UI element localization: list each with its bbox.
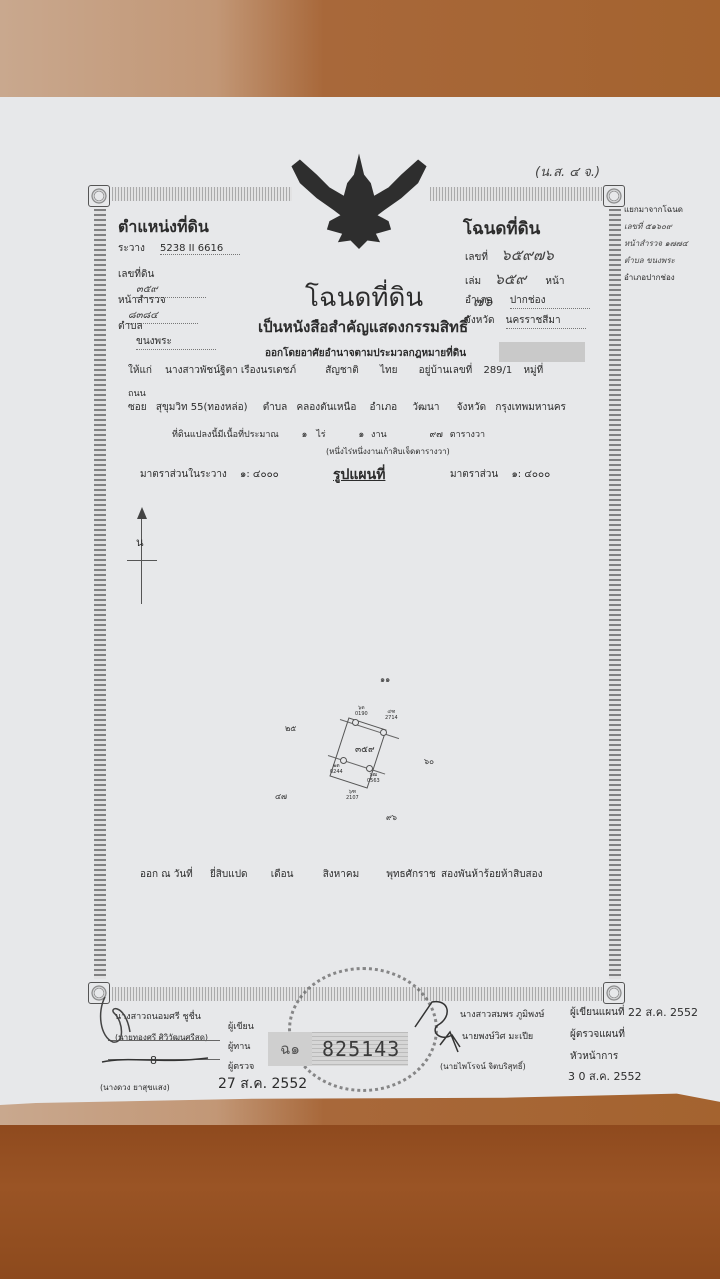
area-ngan: ๑ — [358, 430, 364, 440]
neighbor-parcel: ๒๕ — [285, 722, 296, 735]
field-value: 5238 II 6616 — [160, 243, 240, 255]
field-label: หน้า — [545, 276, 564, 287]
field-label: ระวาง — [118, 243, 145, 254]
head-name: (นายไพโรจน์ จิตบริสุทธิ์) — [440, 1060, 526, 1073]
owner-soi: สุขุมวิท 55(ทองหล่อ) — [156, 402, 248, 413]
marker-label: ๖ฒ 0563 — [367, 772, 380, 784]
field-label: อำเภอ — [465, 295, 493, 306]
owner-province: กรุงเทพมหานคร — [495, 402, 566, 413]
field-label: อำเภอ — [370, 402, 398, 413]
field-label: พุทธศักราช — [386, 869, 435, 880]
head-role: หัวหน้าการ — [570, 1049, 618, 1064]
marker-label: ๔ฑ 2714 — [385, 709, 398, 721]
side-note: แยกมาจากโฉนด เลขที่ ๕๑๖๐๙ หน้าสำรวจ ๑๗๗๔… — [624, 201, 688, 286]
field-label: หน้าสำรวจ — [118, 295, 166, 306]
checker-role: ผู้ตรวจ — [228, 1059, 254, 1073]
garuda-emblem-icon — [283, 145, 435, 255]
field-value: ๖๕๙ — [494, 270, 526, 288]
scale-between-value: ๑: ๔๐๐๐ — [240, 469, 279, 480]
document-subtitle: เป็นหนังสือสำคัญแสดงกรรมสิทธิ์ — [258, 315, 468, 339]
north-arrow-shaft — [141, 512, 142, 604]
form-code: (น.ส. ๔ จ.) — [535, 161, 600, 182]
issue-year: สองพันห้าร้อยห้าสิบสอง — [441, 869, 543, 880]
marker-label: ๖ฑ 2107 — [346, 789, 359, 801]
area-in-words: (หนึ่งไร่หนึ่งงานเก้าสิบเจ็ดตารางวา) — [326, 445, 450, 458]
signature-scribble-icon: 8 — [100, 1052, 210, 1067]
side-note-line: แยกมาจากโฉนด — [624, 201, 688, 218]
field-deed-no: เลขที่ ๖๕๙๗๖ — [465, 243, 554, 267]
field-label: สัญชาติ — [325, 365, 359, 376]
writer-role: ผู้เขียน — [228, 1019, 254, 1033]
field-label: เลขที่ดิน — [118, 269, 154, 280]
neighbor-parcel: ๔๗ — [275, 790, 287, 803]
field-value: นครราชสีมา — [506, 313, 586, 329]
wooden-table — [0, 1125, 720, 1279]
issue-day: ยี่สิบแปด — [210, 869, 248, 880]
serial-prefix: ฉ๑ — [268, 1032, 312, 1066]
land-area-row: ที่ดินแปลงนี้มีเนื้อที่ประมาณ ๑ ไร่ ๑ งา… — [172, 427, 485, 441]
owner-district: วัฒนา — [412, 402, 439, 413]
corner-ornament-icon — [603, 185, 625, 207]
map-heading: รูปแผนที่ — [333, 464, 385, 486]
north-label: น — [136, 533, 144, 551]
area-wa: ๙๗ — [430, 430, 443, 440]
field-label: ที่ดินแปลงนี้มีเนื้อที่ประมาณ — [172, 430, 279, 440]
field-label: งาน — [371, 430, 387, 440]
neighbor-parcel: ๑๑ — [380, 673, 390, 686]
head-date: 3 0 ส.ค. 2552 — [568, 1067, 642, 1085]
owner-nationality: ไทย — [380, 365, 397, 376]
corner-ornament-icon — [88, 185, 110, 207]
side-note-line: อำเภอปากช่อง — [624, 269, 688, 286]
issue-month: สิงหาคม — [323, 869, 359, 880]
boundary-marker — [366, 765, 373, 772]
title-deed-paper: (น.ส. ๔ จ.) ตำแหน่งที่ดิน ระวาง 5238 II … — [0, 97, 720, 1133]
field-label: ถนน — [128, 389, 146, 399]
copier-role: ผู้ทาน — [228, 1039, 250, 1053]
serial-number-box: ฉ๑ 825143 — [268, 1032, 408, 1066]
marker-num: 2714 — [385, 715, 398, 721]
field-label: จังหวัด — [457, 402, 486, 413]
security-border-top-left — [112, 187, 292, 201]
map-checker-role: ผู้ตรวจแผนที่ — [570, 1027, 625, 1042]
field-label: เล่ม — [465, 276, 481, 287]
field-label: ออก ณ วันที่ — [140, 869, 193, 880]
side-note-line: ตำบล ขนงพระ — [624, 252, 688, 269]
marker-num: 0244 — [330, 769, 343, 775]
owner-road: ถนน — [128, 386, 146, 400]
owner-house-no: 289/1 — [483, 365, 512, 376]
document-title: โฉนดที่ดิน — [305, 277, 423, 318]
owner-row-2: ซอย สุขุมวิท 55(ทองหล่อ) ตำบล คลองตันเหน… — [128, 400, 608, 415]
field-label: ตารางวา — [450, 430, 485, 440]
field-label: ตำบล — [118, 321, 143, 332]
field-label: ไร่ — [316, 430, 325, 440]
owner-name: นางสาวพัชน์ฐิตา เรืองนรเดชภ์ — [165, 365, 296, 376]
svg-text:8: 8 — [150, 1054, 157, 1067]
field-subdistrict: ตำบล ขนงพระ — [118, 319, 243, 350]
marker-label: ๒ต 0244 — [330, 763, 343, 775]
security-border-right — [609, 209, 621, 979]
north-arrow-icon — [137, 507, 147, 519]
deed-number-highlight — [499, 342, 585, 362]
area-rai: ๑ — [302, 430, 308, 440]
field-label: ซอย — [128, 402, 147, 413]
field-label: ตำบล — [263, 402, 288, 413]
field-value: ขนงพระ — [136, 334, 216, 350]
signature-scribble-icon — [95, 992, 135, 1052]
field-label: หมู่ที่ — [523, 365, 543, 376]
side-note-line: หน้าสำรวจ ๑๗๗๔ — [624, 235, 688, 252]
field-label: ให้แก่ — [128, 365, 152, 376]
field-value: ปากช่อง — [510, 293, 590, 309]
scale-between-row: มาตราส่วนในระวาง ๑: ๔๐๐๐ — [140, 467, 279, 482]
field-value: ๖๕๙๗๖ — [501, 246, 554, 264]
side-note-line: เลขที่ ๕๑๖๐๙ — [624, 218, 688, 235]
map-writer-role: ผู้เขียนแผนที่ — [570, 1005, 625, 1020]
parcel-number: ๓๕๙ — [355, 742, 375, 756]
field-province: จังหวัด นครราชสีมา — [465, 313, 586, 329]
field-district: อำเภอ ปากช่อง — [465, 293, 590, 309]
security-border-left — [94, 209, 106, 979]
deed-info-heading: โฉนดที่ดิน — [463, 215, 540, 242]
neighbor-parcel: ๖๐ — [424, 755, 434, 768]
field-label: อยู่บ้านเลขที่ — [419, 365, 473, 376]
marker-num: 0190 — [355, 711, 368, 717]
boundary-marker — [352, 719, 359, 726]
issued-under-text: ออกโดยอาศัยอำนาจตามประมวลกฎหมายที่ดิน — [265, 346, 466, 361]
serial-number: 825143 — [322, 1037, 400, 1061]
neighbor-parcel: ๙๖ — [386, 811, 397, 824]
marker-num: 0563 — [367, 778, 380, 784]
checker-name: (นางดวง ยาสุขแสง) — [100, 1081, 170, 1094]
field-label: มาตราส่วน — [450, 469, 498, 480]
field-map-sheet: ระวาง 5238 II 6616 — [118, 241, 243, 256]
marker-label: ๖ด 0190 — [355, 705, 368, 717]
marker-num: 2107 — [346, 795, 359, 801]
field-label: จังหวัด — [465, 315, 494, 326]
scale-row: มาตราส่วน ๑: ๔๐๐๐ — [450, 467, 550, 482]
boundary-marker — [380, 729, 387, 736]
owner-row-1: ให้แก่ นางสาวพัชน์ฐิตา เรืองนรเดชภ์ สัญช… — [128, 363, 608, 378]
owner-subdistrict: คลองตันเหนือ — [296, 402, 356, 413]
signature-scribble-icon — [410, 997, 480, 1057]
field-label: เดือน — [271, 869, 294, 880]
map-writer-date: 22 ส.ค. 2552 — [628, 1003, 698, 1021]
field-label: มาตราส่วนในระวาง — [140, 469, 227, 480]
security-border-top-right — [430, 187, 602, 201]
land-location-heading: ตำแหน่งที่ดิน — [118, 215, 209, 240]
corner-ornament-icon — [603, 982, 625, 1004]
left-signature-date: 27 ส.ค. 2552 — [218, 1073, 307, 1095]
issue-date-row: ออก ณ วันที่ ยี่สิบแปด เดือน สิงหาคม พุท… — [140, 867, 600, 882]
scale-value: ๑: ๔๐๐๐ — [511, 469, 550, 480]
field-label: เลขที่ — [465, 252, 488, 263]
north-arrow-cross — [127, 560, 157, 561]
